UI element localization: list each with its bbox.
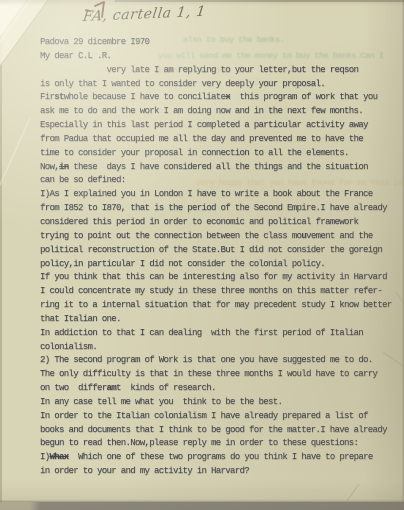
- overstruck-text: am: [107, 383, 117, 393]
- typed-line: time to consider your proposal in connec…: [40, 147, 396, 161]
- typed-line: My dear C.L .R.: [40, 50, 396, 64]
- typed-line: can be so defined:: [40, 174, 396, 188]
- typed-line: If you think that this can be interestin…: [40, 271, 396, 285]
- typed-line: I)As I explained you in London I have to…: [40, 188, 396, 202]
- typed-line: begun to read then.Now,please reply me i…: [40, 437, 396, 451]
- overstruck-text: st: [54, 92, 64, 102]
- typed-line: policy,in particular I did not consider …: [40, 258, 396, 272]
- overstruck-text: in: [59, 162, 69, 172]
- typed-line: political reconstruction of the State.Bu…: [40, 244, 396, 258]
- overstruck-text: Whax: [50, 452, 69, 462]
- typed-line: trying to point out the connection betwe…: [40, 230, 396, 244]
- typed-body: Padova 29 dicembre I970My dear C.L .R. v…: [40, 36, 396, 479]
- typed-line: 2) The second program of Work is that on…: [40, 354, 396, 368]
- typed-line: In addiction to that I can dealing with …: [40, 327, 396, 341]
- typed-line: is only that I wanted to consider very d…: [40, 78, 396, 92]
- typed-line: ask me to do and the work I am doing now…: [40, 105, 396, 119]
- typed-line: In any case tell me what you think to be…: [40, 396, 396, 410]
- letter-scan: also to buy the banks.you will send me t…: [0, 0, 404, 510]
- typed-line: Padova 29 dicembre I970: [40, 36, 396, 50]
- typed-line: from I852 to I870, that is the period of…: [40, 202, 396, 216]
- typed-line: very late I am replying to your letter,b…: [40, 64, 396, 78]
- typed-line: I could concentrate my study in these th…: [40, 285, 396, 299]
- typed-line: In order to the Italian colonialism I ha…: [40, 410, 396, 424]
- typed-line: The only difficulty is that in these thr…: [40, 368, 396, 382]
- overstruck-text: x: [225, 92, 230, 102]
- typed-line: colonialism.: [40, 341, 396, 355]
- typed-line: on two differamt kinds of research.: [40, 382, 396, 396]
- typed-line: Now,in these days I have considered all …: [40, 161, 396, 175]
- typed-line: considered this period in order to econo…: [40, 216, 396, 230]
- scan-bottom-edge: [0, 502, 404, 510]
- typed-line: that Italian one.: [40, 313, 396, 327]
- typed-line: Firstwhole because I have to conciliatex…: [40, 91, 396, 105]
- typed-line: books and documents that I think to be g…: [40, 424, 396, 438]
- typed-line: in order to your and my activity in Harv…: [40, 465, 396, 479]
- typed-line: Especially in this last period I complet…: [40, 119, 396, 133]
- overstruck-text: u: [301, 231, 306, 241]
- typed-line: I)Whax Which one of these two programs d…: [40, 451, 396, 465]
- typed-line: ring it to a internal situation that for…: [40, 299, 396, 313]
- typed-line: from Padua that occupied me all the day …: [40, 133, 396, 147]
